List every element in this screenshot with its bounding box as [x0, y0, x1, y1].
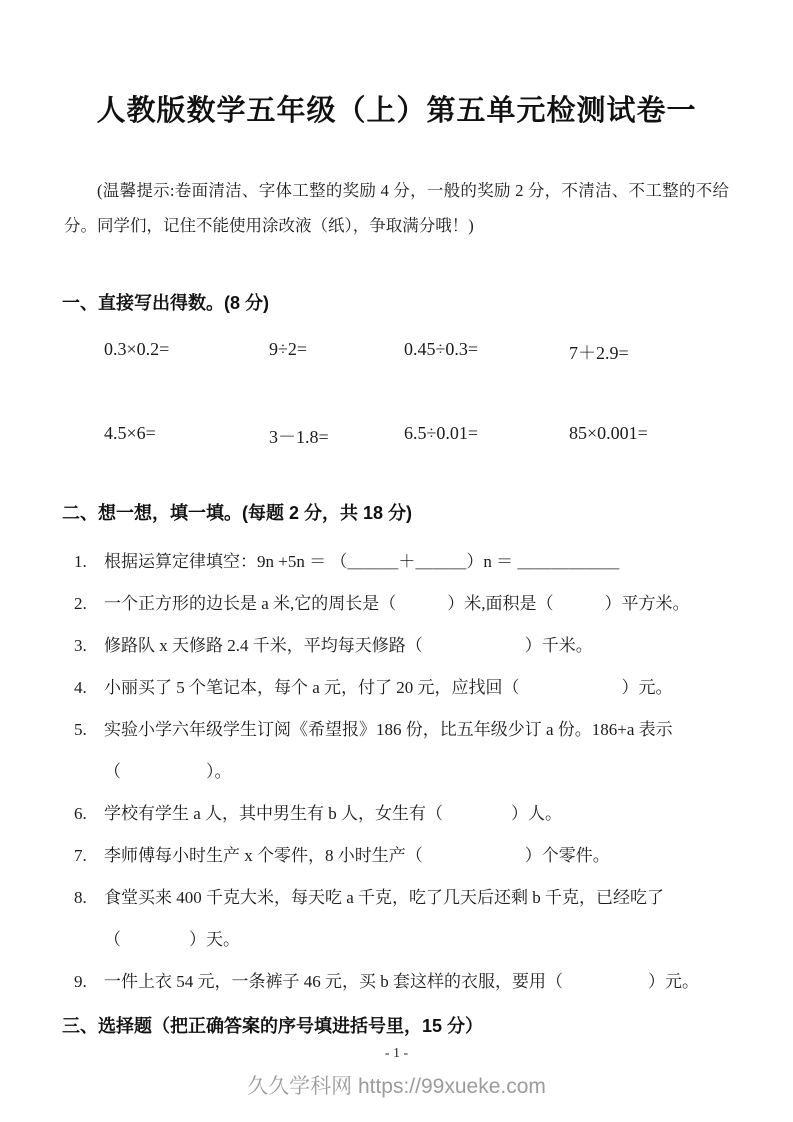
calc-expression: 0.3×0.2=	[104, 339, 269, 365]
fill-item-1: 1. 根据运算定律填空：9n +5n ＝ （＿＿＿＋＿＿＿）n ＝ ＿＿＿＿＿＿	[62, 541, 731, 583]
fill-item-4: 4. 小丽买了 5 个笔记本，每个 a 元，付了 20 元，应找回（ ）元。	[62, 667, 731, 709]
item-number: 6.	[74, 793, 87, 835]
calc-expression: 3－1.8=	[269, 423, 404, 449]
calc-expression: 0.45÷0.3=	[404, 339, 569, 365]
calc-row: 0.3×0.2= 9÷2= 0.45÷0.3= 7＋2.9=	[62, 339, 731, 365]
section-one-heading: 一、直接写出得数。(8 分)	[62, 289, 731, 315]
calc-expression: 4.5×6=	[104, 423, 269, 449]
friendly-reminder: (温馨提示:卷面清洁、字体工整的奖励 4 分，一般的奖励 2 分，不清洁、不工整…	[64, 173, 729, 243]
item-text: 李师傅每小时生产 x 个零件，8 小时生产（ ）个零件。	[104, 846, 610, 865]
section-two-heading: 二、想一想，填一填。(每题 2 分，共 18 分)	[62, 499, 731, 525]
item-number: 4.	[74, 667, 87, 709]
section-three-heading: 三、选择题（把正确答案的序号填进括号里，15 分）	[62, 1011, 731, 1041]
fill-item-6: 6. 学校有学生 a 人，其中男生有 b 人，女生有（ ）人。	[62, 793, 731, 835]
item-number: 9.	[74, 961, 87, 1003]
site-watermark: 久久学科网 https://99xueke.com	[0, 1070, 793, 1100]
page-title: 人教版数学五年级（上）第五单元检测试卷一	[62, 0, 731, 129]
fill-item-3: 3. 修路队 x 天修路 2.4 千米，平均每天修路（ ）千米。	[62, 625, 731, 667]
item-text: 一件上衣 54 元，一条裤子 46 元，买 b 套这样的衣服，要用（ ）元。	[104, 972, 699, 991]
item-text: 根据运算定律填空：9n +5n ＝ （＿＿＿＋＿＿＿）n ＝ ＿＿＿＿＿＿	[104, 552, 619, 571]
item-number: 8.	[74, 877, 87, 919]
item-number: 2.	[74, 583, 87, 625]
item-text: 学校有学生 a 人，其中男生有 b 人，女生有（ ）人。	[104, 804, 562, 823]
item-text-continuation: （ ）。	[62, 751, 731, 793]
item-number: 5.	[74, 709, 87, 751]
calc-row: 4.5×6= 3－1.8= 6.5÷0.01= 85×0.001=	[62, 423, 731, 449]
fill-item-2: 2. 一个正方形的边长是 a 米,它的周长是（ ）米,面积是（ ）平方米。	[62, 583, 731, 625]
calc-expression: 85×0.001=	[569, 423, 731, 449]
calc-expression: 9÷2=	[269, 339, 404, 365]
item-text-continuation: （ ）天。	[62, 919, 731, 961]
fill-item-5: 5. 实验小学六年级学生订阅《希望报》186 份，比五年级少订 a 份。186+…	[62, 709, 731, 751]
item-text: 修路队 x 天修路 2.4 千米，平均每天修路（ ）千米。	[104, 636, 593, 655]
item-number: 7.	[74, 835, 87, 877]
item-text: 食堂买来 400 千克大米，每天吃 a 千克，吃了几天后还剩 b 千克，已经吃了	[104, 888, 664, 907]
calc-expression: 6.5÷0.01=	[404, 423, 569, 449]
fill-in-list: 1. 根据运算定律填空：9n +5n ＝ （＿＿＿＋＿＿＿）n ＝ ＿＿＿＿＿＿…	[62, 541, 731, 1003]
exam-paper-page: 人教版数学五年级（上）第五单元检测试卷一 (温馨提示:卷面清洁、字体工整的奖励 …	[0, 0, 793, 1122]
item-number: 3.	[74, 625, 87, 667]
fill-item-8: 8. 食堂买来 400 千克大米，每天吃 a 千克，吃了几天后还剩 b 千克，已…	[62, 877, 731, 919]
item-text: 一个正方形的边长是 a 米,它的周长是（ ）米,面积是（ ）平方米。	[104, 594, 690, 613]
item-number: 1.	[74, 541, 87, 583]
item-text: 实验小学六年级学生订阅《希望报》186 份，比五年级少订 a 份。186+a 表…	[104, 720, 673, 739]
page-content: 人教版数学五年级（上）第五单元检测试卷一 (温馨提示:卷面清洁、字体工整的奖励 …	[0, 0, 793, 1041]
fill-item-7: 7. 李师傅每小时生产 x 个零件，8 小时生产（ ）个零件。	[62, 835, 731, 877]
fill-item-9: 9. 一件上衣 54 元，一条裤子 46 元，买 b 套这样的衣服，要用（ ）元…	[62, 961, 731, 1003]
page-number: - 1 -	[0, 1046, 793, 1062]
calc-expression: 7＋2.9=	[569, 339, 731, 365]
item-text: 小丽买了 5 个笔记本，每个 a 元，付了 20 元，应找回（ ）元。	[104, 678, 673, 697]
